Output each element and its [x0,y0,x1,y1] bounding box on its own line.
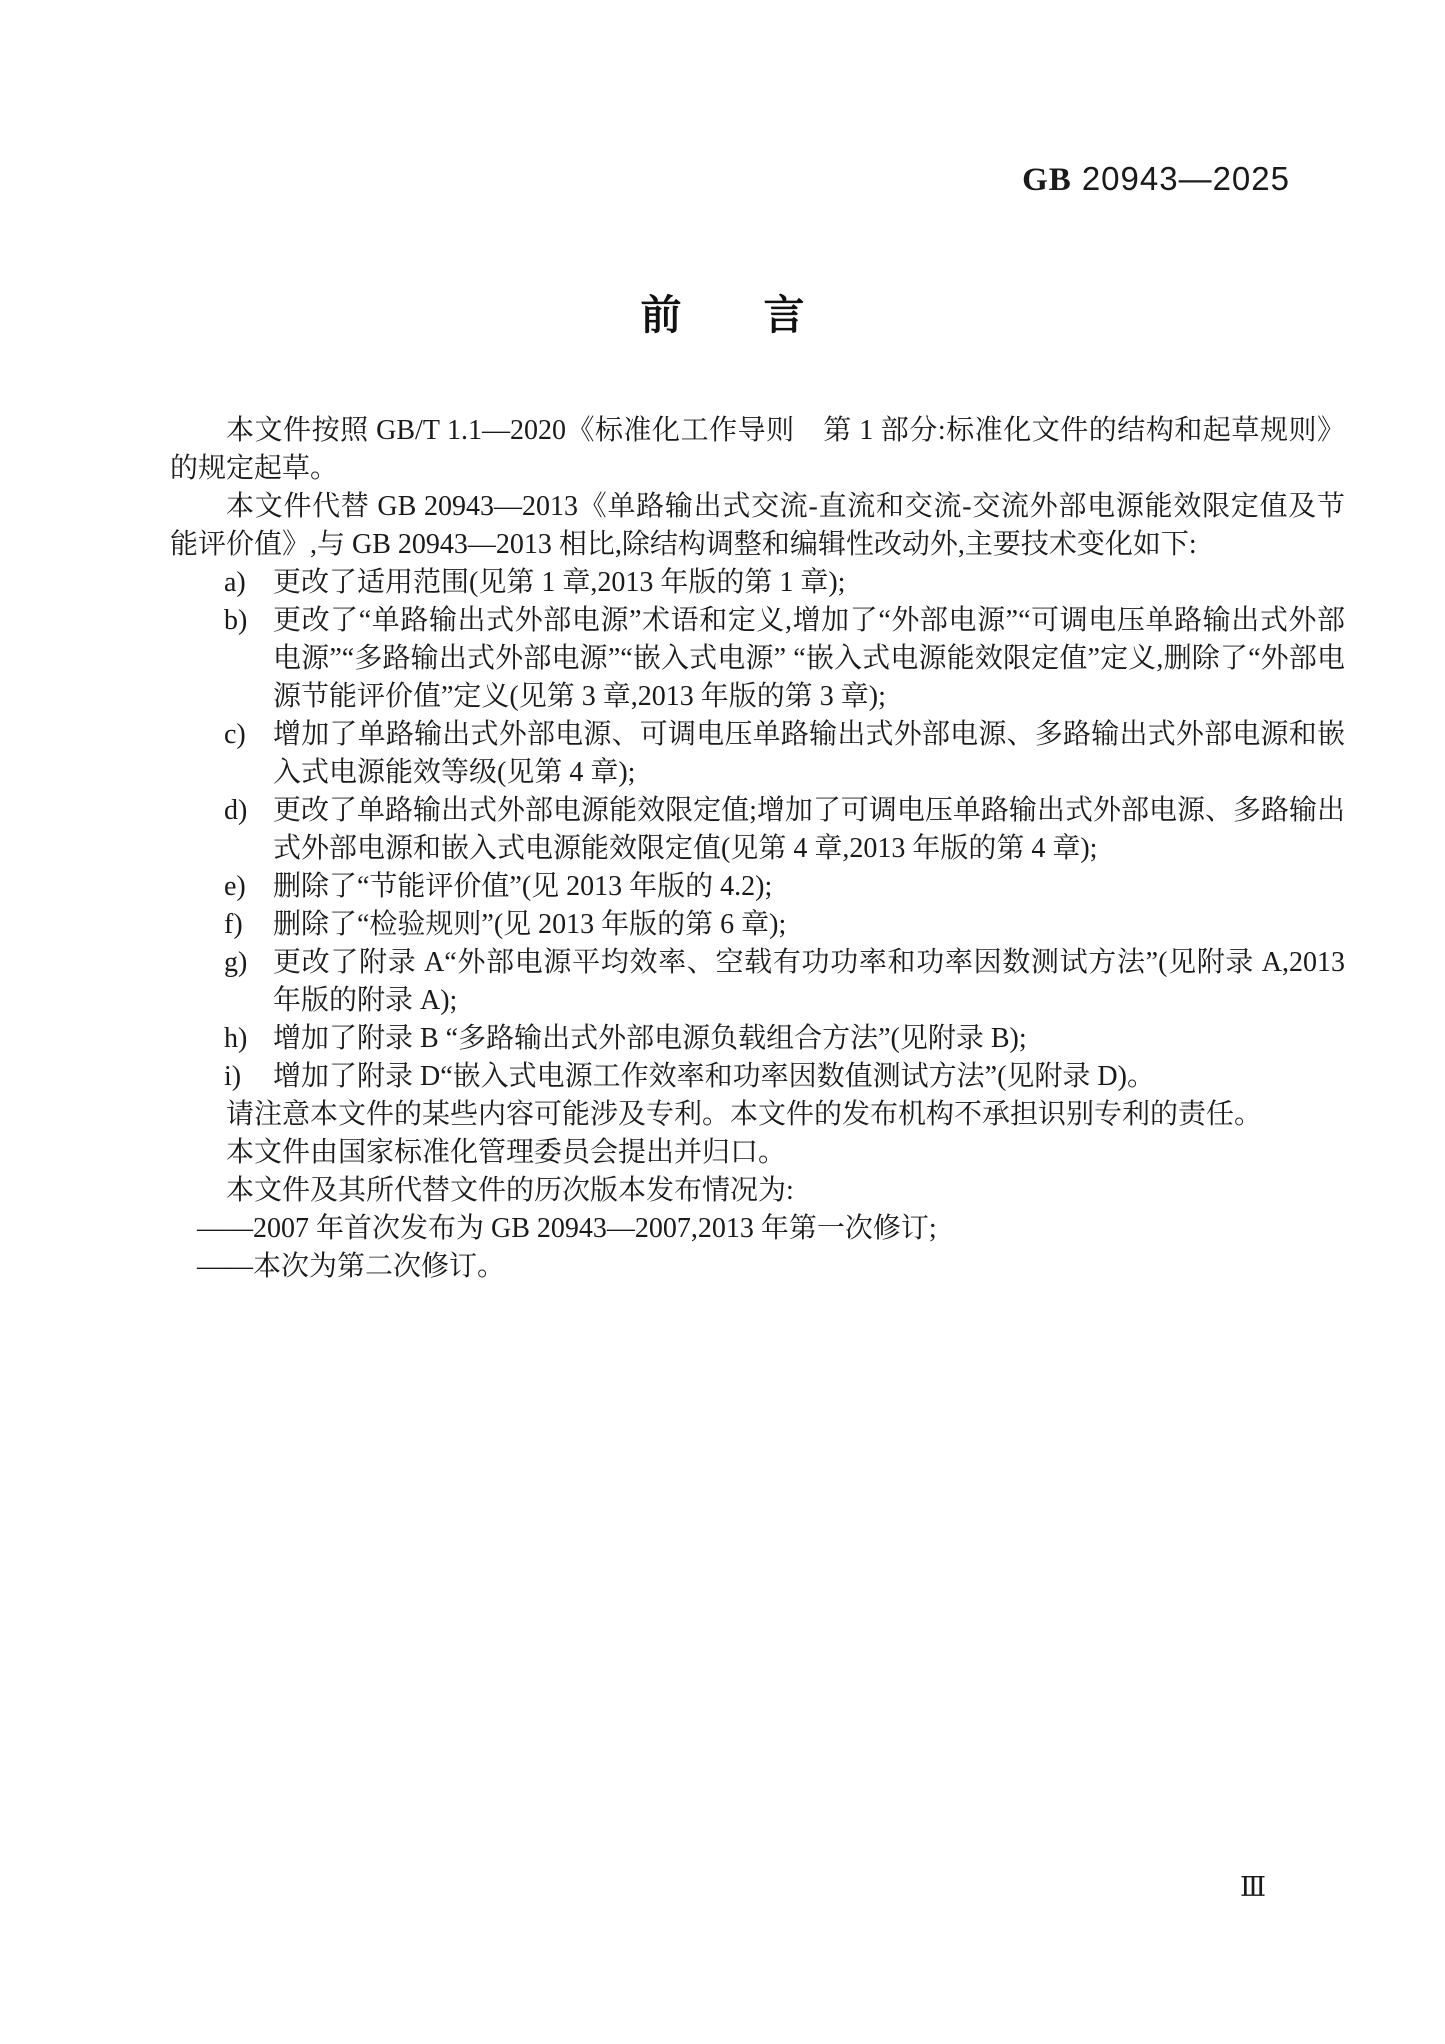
change-list-item: b) 更改了“单路输出式外部电源”术语和定义,增加了“外部电源”“可调电压单路输… [170,602,1345,716]
list-item-text: 更改了附录 A“外部电源平均效率、空载有功功率和功率因数测试方法”(见附录 A,… [273,944,1345,1020]
list-item-label: i) [224,1058,273,1096]
document-page: GB20943—2025 前 言 本文件按照 GB/T 1.1—2020《标准化… [0,0,1445,2044]
list-item-label: f) [224,906,273,944]
standard-digits: 20943—2025 [1082,160,1290,197]
standard-prefix: GB [1022,162,1072,198]
list-item-text: 删除了“检验规则”(见 2013 年版的第 6 章); [273,906,1345,944]
change-list-item: h) 增加了附录 B “多路输出式外部电源负载组合方法”(见附录 B); [170,1020,1345,1058]
change-list-item: i) 增加了附录 D“嵌入式电源工作效率和功率因数值测试方法”(见附录 D)。 [170,1058,1345,1096]
note-paragraph: 请注意本文件的某些内容可能涉及专利。本文件的发布机构不承担识别专利的责任。 [170,1096,1345,1134]
change-list-item: c) 增加了单路输出式外部电源、可调电压单路输出式外部电源、多路输出式外部电源和… [170,716,1345,792]
foreword-body: 本文件按照 GB/T 1.1—2020《标准化工作导则 第 1 部分:标准化文件… [170,412,1345,1286]
list-item-label: c) [224,716,273,792]
change-list-item: a) 更改了适用范围(见第 1 章,2013 年版的第 1 章); [170,564,1345,602]
intro-paragraph: 本文件代替 GB 20943—2013《单路输出式交流-直流和交流-交流外部电源… [170,488,1345,564]
revision-history-line: ——2007 年首次发布为 GB 20943—2007,2013 年第一次修订; [170,1210,1345,1248]
revision-history-line: ——本次为第二次修订。 [170,1248,1345,1286]
note-paragraph: 本文件及其所代替文件的历次版本发布情况为: [170,1172,1345,1210]
list-item-label: e) [224,868,273,906]
change-list-item: e) 删除了“节能评价值”(见 2013 年版的 4.2); [170,868,1345,906]
intro-paragraph: 本文件按照 GB/T 1.1—2020《标准化工作导则 第 1 部分:标准化文件… [170,412,1345,488]
note-paragraph: 本文件由国家标准化管理委员会提出并归口。 [170,1134,1345,1172]
list-item-label: g) [224,944,273,1020]
foreword-title: 前 言 [0,293,1445,337]
list-item-label: b) [224,602,273,716]
list-item-text: 更改了“单路输出式外部电源”术语和定义,增加了“外部电源”“可调电压单路输出式外… [273,602,1345,716]
list-item-text: 增加了附录 D“嵌入式电源工作效率和功率因数值测试方法”(见附录 D)。 [273,1058,1345,1096]
list-item-label: a) [224,564,273,602]
change-list-item: f) 删除了“检验规则”(见 2013 年版的第 6 章); [170,906,1345,944]
list-item-text: 更改了单路输出式外部电源能效限定值;增加了可调电压单路输出式外部电源、多路输出式… [273,792,1345,868]
change-list-item: d) 更改了单路输出式外部电源能效限定值;增加了可调电压单路输出式外部电源、多路… [170,792,1345,868]
standard-number: GB20943—2025 [1022,160,1290,199]
list-item-text: 增加了附录 B “多路输出式外部电源负载组合方法”(见附录 B); [273,1020,1345,1058]
list-item-label: d) [224,792,273,868]
list-item-text: 更改了适用范围(见第 1 章,2013 年版的第 1 章); [273,564,1345,602]
list-item-text: 增加了单路输出式外部电源、可调电压单路输出式外部电源、多路输出式外部电源和嵌入式… [273,716,1345,792]
change-list-item: g) 更改了附录 A“外部电源平均效率、空载有功功率和功率因数测试方法”(见附录… [170,944,1345,1020]
list-item-text: 删除了“节能评价值”(见 2013 年版的 4.2); [273,868,1345,906]
list-item-label: h) [224,1020,273,1058]
page-number: Ⅲ [1240,1872,1266,1902]
